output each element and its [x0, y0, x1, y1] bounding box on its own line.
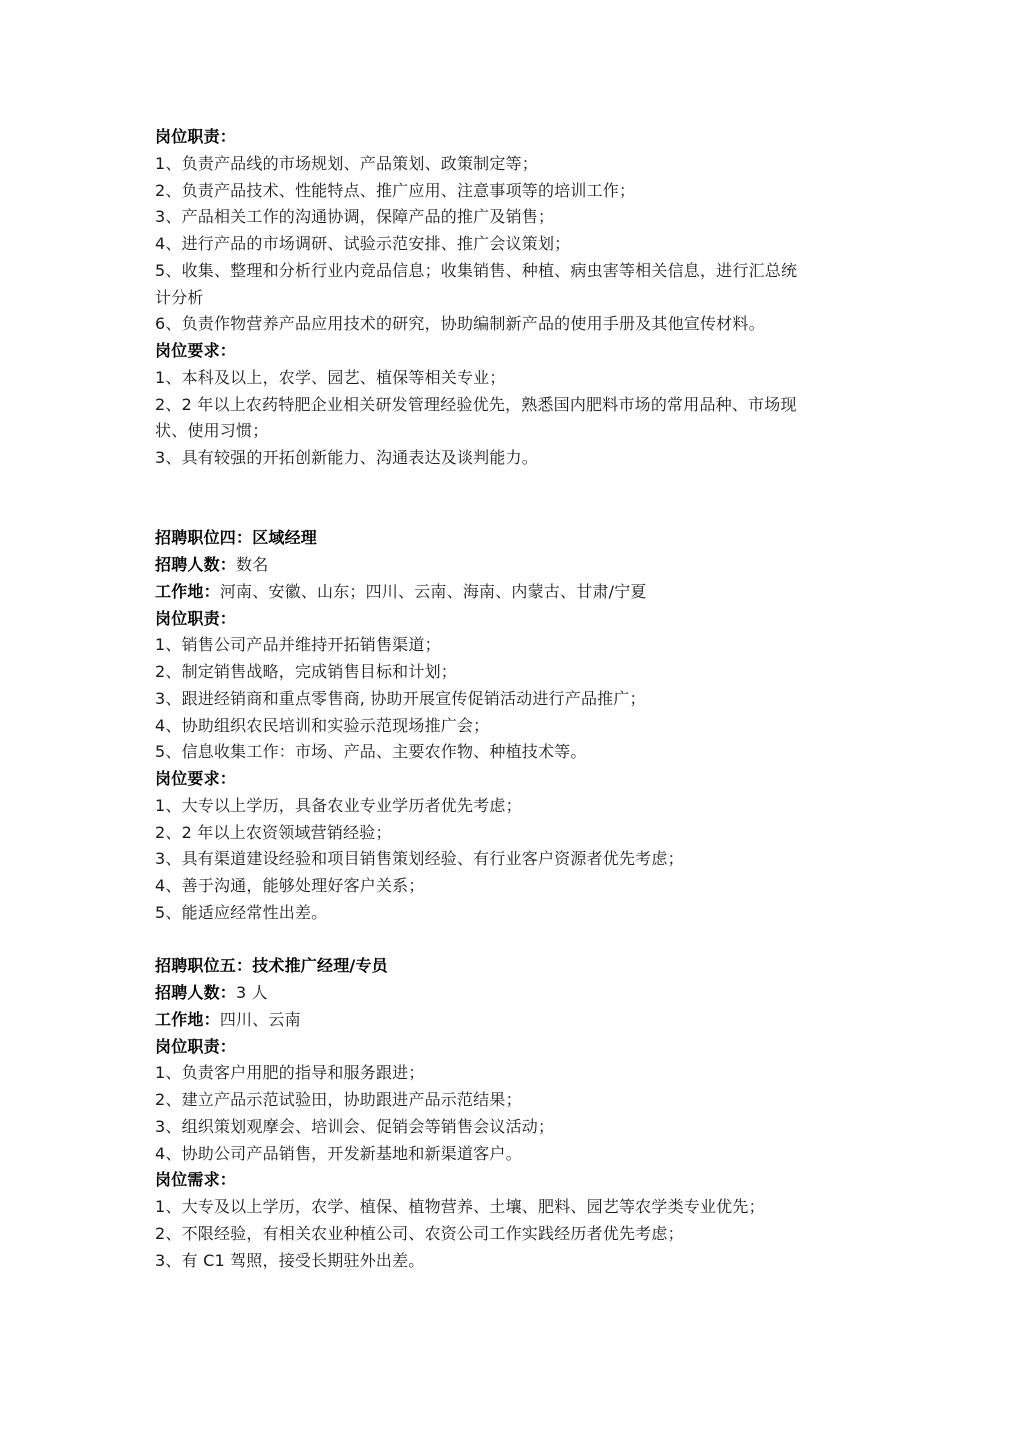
headcount-row: 招聘人数：数名 — [155, 552, 875, 579]
duty-item: 5、信息收集工作：市场、产品、主要农作物、种植技术等。 — [155, 739, 875, 766]
position-title-label: 招聘职位五： — [155, 956, 252, 975]
duty-item: 6、负责作物营养产品应用技术的研究，协助编制新产品的使用手册及其他宣传材料。 — [155, 311, 875, 338]
duties-heading: 岗位职责： — [155, 124, 875, 151]
duty-item: 2、建立产品示范试验田，协助跟进产品示范结果； — [155, 1087, 875, 1114]
spacer — [155, 472, 875, 499]
location-label: 工作地： — [155, 582, 220, 601]
position-4-section: 招聘职位四：区域经理 招聘人数：数名 工作地：河南、安徽、山东；四川、云南、海南… — [155, 525, 875, 926]
requirement-item: 1、本科及以上，农学、园艺、植保等相关专业； — [155, 365, 875, 392]
document-page: 岗位职责： 1、负责产品线的市场规划、产品策划、政策制定等； 2、负责产品技术、… — [155, 124, 875, 1274]
requirements-heading: 岗位需求： — [155, 1167, 875, 1194]
spacer — [155, 927, 875, 954]
requirement-item-continuation: 状、使用习惯； — [155, 418, 875, 445]
duty-item: 4、协助公司产品销售，开发新基地和新渠道客户。 — [155, 1141, 875, 1168]
duty-item: 4、协助组织农民培训和实验示范现场推广会； — [155, 713, 875, 740]
position-title-value: 区域经理 — [252, 528, 317, 547]
duty-item: 1、销售公司产品并维持开拓销售渠道； — [155, 632, 875, 659]
requirement-item: 2、2 年以上农资领域营销经验； — [155, 820, 875, 847]
position-title: 招聘职位四：区域经理 — [155, 525, 875, 552]
position-title: 招聘职位五：技术推广经理/专员 — [155, 953, 875, 980]
duty-item: 3、组织策划观摩会、培训会、促销会等销售会议活动； — [155, 1114, 875, 1141]
requirements-heading: 岗位要求： — [155, 338, 875, 365]
requirement-item: 4、善于沟通，能够处理好客户关系； — [155, 873, 875, 900]
location-value: 河南、安徽、山东；四川、云南、海南、内蒙古、甘肃/宁夏 — [220, 582, 647, 601]
duty-item: 2、制定销售战略，完成销售目标和计划； — [155, 659, 875, 686]
requirement-item: 1、大专及以上学历，农学、植保、植物营养、土壤、肥料、园艺等农学类专业优先； — [155, 1194, 875, 1221]
duty-item: 3、跟进经销商和重点零售商, 协助开展宣传促销活动进行产品推广； — [155, 686, 875, 713]
requirements-heading: 岗位要求： — [155, 766, 875, 793]
location-row: 工作地：河南、安徽、山东；四川、云南、海南、内蒙古、甘肃/宁夏 — [155, 579, 875, 606]
position-title-value: 技术推广经理/专员 — [252, 956, 388, 975]
headcount-value: 数名 — [236, 555, 268, 574]
spacer — [155, 499, 875, 526]
requirement-item: 2、不限经验，有相关农业种植公司、农资公司工作实践经历者优先考虑； — [155, 1221, 875, 1248]
requirement-item: 3、具有较强的开拓创新能力、沟通表达及谈判能力。 — [155, 445, 875, 472]
duty-item-continuation: 计分析 — [155, 285, 875, 312]
requirement-item: 3、有 C1 驾照，接受长期驻外出差。 — [155, 1248, 875, 1275]
duties-heading: 岗位职责： — [155, 1034, 875, 1061]
duty-item: 3、产品相关工作的沟通协调，保障产品的推广及销售； — [155, 204, 875, 231]
position-title-label: 招聘职位四： — [155, 528, 252, 547]
duties-heading: 岗位职责： — [155, 606, 875, 633]
duty-item: 5、收集、整理和分析行业内竞品信息；收集销售、种植、病虫害等相关信息，进行汇总统 — [155, 258, 875, 285]
headcount-label: 招聘人数： — [155, 983, 236, 1002]
location-label: 工作地： — [155, 1010, 220, 1029]
headcount-label: 招聘人数： — [155, 555, 236, 574]
headcount-value: 3 人 — [236, 983, 268, 1002]
requirement-item: 3、具有渠道建设经验和项目销售策划经验、有行业客户资源者优先考虑； — [155, 846, 875, 873]
requirement-item: 5、能适应经常性出差。 — [155, 900, 875, 927]
duty-item: 1、负责产品线的市场规划、产品策划、政策制定等； — [155, 151, 875, 178]
location-row: 工作地：四川、云南 — [155, 1007, 875, 1034]
duty-item: 2、负责产品技术、性能特点、推广应用、注意事项等的培训工作； — [155, 178, 875, 205]
duty-item: 1、负责客户用肥的指导和服务跟进； — [155, 1060, 875, 1087]
position-5-section: 招聘职位五：技术推广经理/专员 招聘人数：3 人 工作地：四川、云南 岗位职责：… — [155, 953, 875, 1274]
duty-item: 4、进行产品的市场调研、试验示范安排、推广会议策划； — [155, 231, 875, 258]
position-3-section: 岗位职责： 1、负责产品线的市场规划、产品策划、政策制定等； 2、负责产品技术、… — [155, 124, 875, 472]
headcount-row: 招聘人数：3 人 — [155, 980, 875, 1007]
requirement-item: 1、大专以上学历，具备农业专业学历者优先考虑； — [155, 793, 875, 820]
location-value: 四川、云南 — [220, 1010, 301, 1029]
requirement-item: 2、2 年以上农药特肥企业相关研发管理经验优先，熟悉国内肥料市场的常用品种、市场… — [155, 392, 875, 419]
